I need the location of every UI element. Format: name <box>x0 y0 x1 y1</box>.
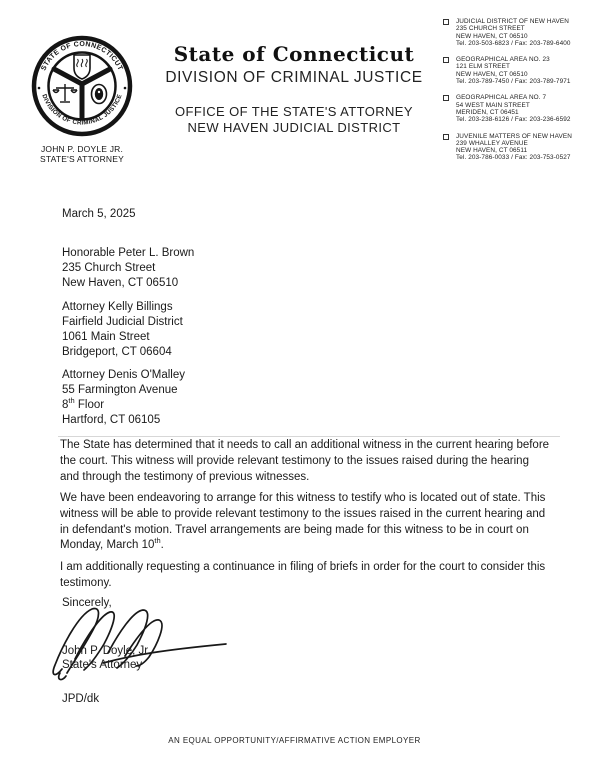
division-title: DIVISION OF CRIMINAL JUSTICE <box>148 69 440 87</box>
shield-icon <box>74 55 90 79</box>
office-street: 54 WEST MAIN STREET <box>456 102 571 109</box>
office-entry: GEOGRAPHICAL AREA NO. 23 121 ELM STREET … <box>443 56 585 85</box>
scales-of-justice-icon <box>53 84 77 102</box>
office-city: NEW HAVEN, CT 06510 <box>456 33 571 40</box>
attorney-title: STATE'S ATTORNEY <box>26 154 138 164</box>
office-city: NEW HAVEN, CT 06510 <box>456 71 571 78</box>
divider <box>58 436 560 437</box>
attorney-name: JOHN P. DOYLE JR. <box>26 144 138 154</box>
recipient-name: Honorable Peter L. Brown <box>62 246 194 261</box>
division-of-criminal-justice-seal-icon: STATE OF CONNECTICUT DIVISION OF CRIMINA… <box>30 34 134 138</box>
recipient-org: Fairfield Judicial District <box>62 315 183 330</box>
paragraph-2: We have been endeavoring to arrange for … <box>60 491 565 554</box>
office-name: JUVENILE MATTERS OF NEW HAVEN <box>456 133 572 140</box>
reference-initials: JPD/dk <box>62 692 99 707</box>
badge-icon <box>92 85 107 104</box>
recipient-city: Bridgeport, CT 06604 <box>62 345 183 360</box>
office-street: 121 ELM STREET <box>456 63 571 70</box>
office-directory: JUDICIAL DISTRICT OF NEW HAVEN 235 CHURC… <box>443 18 585 171</box>
square-bullet-icon <box>443 95 449 101</box>
square-bullet-icon <box>443 19 449 25</box>
office-street: 235 CHURCH STREET <box>456 25 571 32</box>
recipient-city: New Haven, CT 06510 <box>62 276 194 291</box>
signer-name: John P. Doyle, Jr. <box>62 644 151 659</box>
recipient-address: 55 Farmington Avenue <box>62 383 185 398</box>
paragraph-1: The State has determined that it needs t… <box>60 438 565 485</box>
seal-block: STATE OF CONNECTICUT DIVISION OF CRIMINA… <box>26 34 138 164</box>
office-title-line2: NEW HAVEN JUDICIAL DISTRICT <box>148 120 440 136</box>
office-name: JUDICIAL DISTRICT OF NEW HAVEN <box>456 18 571 25</box>
office-city: MERIDEN, CT 06451 <box>456 109 571 116</box>
square-bullet-icon <box>443 134 449 140</box>
office-city: NEW HAVEN, CT 06511 <box>456 147 572 154</box>
recipient-address: 235 Church Street <box>62 261 194 276</box>
recipient-floor: 8th Floor <box>62 398 185 413</box>
office-entry: GEOGRAPHICAL AREA NO. 7 54 WEST MAIN STR… <box>443 94 585 123</box>
office-phone: Tel. 203-789-7450 / Fax: 203-789-7971 <box>456 78 571 85</box>
state-title: State of Connecticut <box>148 42 440 66</box>
office-entry: JUDICIAL DISTRICT OF NEW HAVEN 235 CHURC… <box>443 18 585 47</box>
office-entry: JUVENILE MATTERS OF NEW HAVEN 239 WHALLE… <box>443 133 585 162</box>
recipient-name: Attorney Kelly Billings <box>62 300 183 315</box>
letter-date: March 5, 2025 <box>62 207 136 222</box>
letter-page: STATE OF CONNECTICUT DIVISION OF CRIMINA… <box>0 0 589 758</box>
office-street: 239 WHALLEY AVENUE <box>456 140 572 147</box>
square-bullet-icon <box>443 57 449 63</box>
recipient-address: 1061 Main Street <box>62 330 183 345</box>
paragraph-3: I am additionally requesting a continuan… <box>60 560 565 592</box>
office-name: GEOGRAPHICAL AREA NO. 23 <box>456 56 571 63</box>
recipient-block: Honorable Peter L. Brown 235 Church Stre… <box>62 246 194 291</box>
office-name: GEOGRAPHICAL AREA NO. 7 <box>456 94 571 101</box>
office-phone: Tel. 203-503-6823 / Fax: 203-789-6400 <box>456 40 571 47</box>
recipient-block: Attorney Denis O'Malley 55 Farmington Av… <box>62 368 185 428</box>
office-title: OFFICE OF THE STATE'S ATTORNEY NEW HAVEN… <box>148 104 440 136</box>
recipient-city: Hartford, CT 06105 <box>62 413 185 428</box>
office-phone: Tel. 203-786-0033 / Fax: 203-753-0527 <box>456 154 572 161</box>
office-title-line1: OFFICE OF THE STATE'S ATTORNEY <box>148 104 440 120</box>
letterhead: State of Connecticut DIVISION OF CRIMINA… <box>148 42 440 136</box>
footer-eoe-line: AN EQUAL OPPORTUNITY/AFFIRMATIVE ACTION … <box>0 736 589 745</box>
recipient-block: Attorney Kelly Billings Fairfield Judici… <box>62 300 183 360</box>
signer-title: State's Attorney <box>62 658 142 673</box>
office-phone: Tel. 203-238-6126 / Fax: 203-236-6592 <box>456 116 571 123</box>
recipient-name: Attorney Denis O'Malley <box>62 368 185 383</box>
